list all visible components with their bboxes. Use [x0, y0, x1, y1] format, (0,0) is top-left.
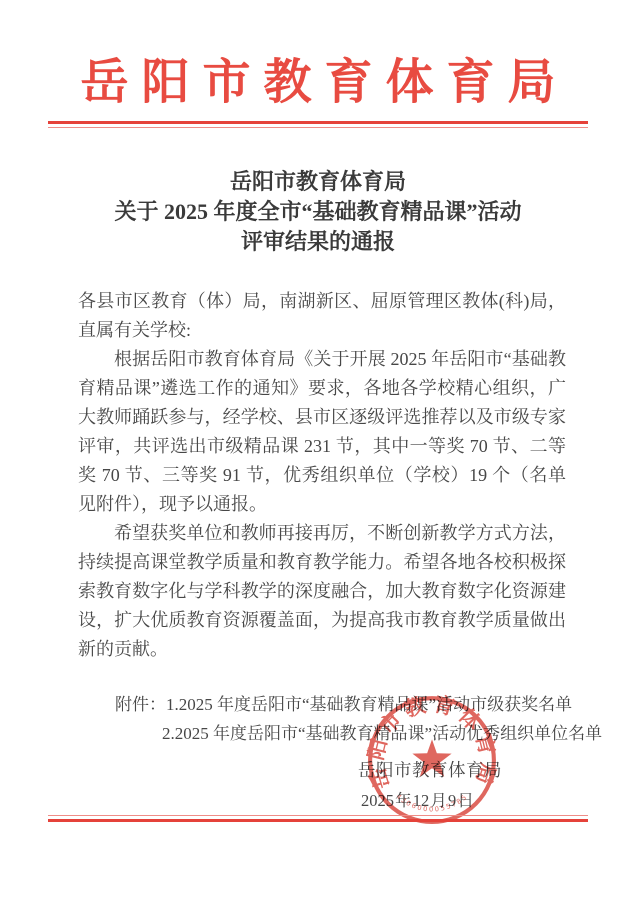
attachments-label: 附件： [115, 695, 166, 714]
footer-rule-thin [48, 815, 588, 816]
attachment-row-2: 2.2025 年度岳阳市“基础教育精品课”活动优秀组织单位名单 [78, 719, 566, 748]
masthead-agency-name: 岳阳市教育体育局 [0, 57, 636, 110]
salutation: 各县市区教育（体）局，南湖新区、屈原管理区教体(科)局，直属有关学校: [78, 287, 566, 345]
document-title: 岳阳市教育体育局 关于 2025 年度全市“基础教育精品课”活动 评审结果的通报 [0, 167, 636, 257]
document-title-line2: 关于 2025 年度全市“基础教育精品课”活动 [0, 197, 636, 227]
document-page: 岳阳市教育体育局 岳阳市教育体育局 关于 2025 年度全市“基础教育精品课”活… [0, 0, 636, 900]
document-title-line1: 岳阳市教育体育局 [0, 167, 636, 197]
signature-date: 2025 年 12 月 9 日 [361, 787, 474, 811]
attachment-item-2: 2.2025 年度岳阳市“基础教育精品课”活动优秀组织单位名单 [162, 724, 602, 743]
paragraph-expectations: 希望获奖单位和教师再接再厉，不断创新教学方式方法，持续提高课堂教学质量和教育教学… [78, 519, 566, 664]
footer-rule-thick [48, 819, 588, 822]
masthead-rule-thick [48, 121, 588, 124]
document-title-line3: 评审结果的通报 [0, 227, 636, 257]
signature-agency: 岳阳市教育体育局 [358, 757, 502, 782]
attachments-block: 附件：1.2025 年度岳阳市“基础教育精品课”活动市级获奖名单 2.2025 … [78, 690, 566, 748]
masthead-rule-thin [48, 127, 588, 128]
attachment-row-1: 附件：1.2025 年度岳阳市“基础教育精品课”活动市级获奖名单 [78, 690, 566, 719]
paragraph-results: 根据岳阳市教育体育局《关于开展 2025 年岳阳市“基础教育精品课”遴选工作的通… [78, 345, 566, 519]
attachment-item-1: 1.2025 年度岳阳市“基础教育精品课”活动市级获奖名单 [166, 695, 572, 714]
document-body: 各县市区教育（体）局，南湖新区、屈原管理区教体(科)局，直属有关学校: 根据岳阳… [78, 287, 566, 748]
